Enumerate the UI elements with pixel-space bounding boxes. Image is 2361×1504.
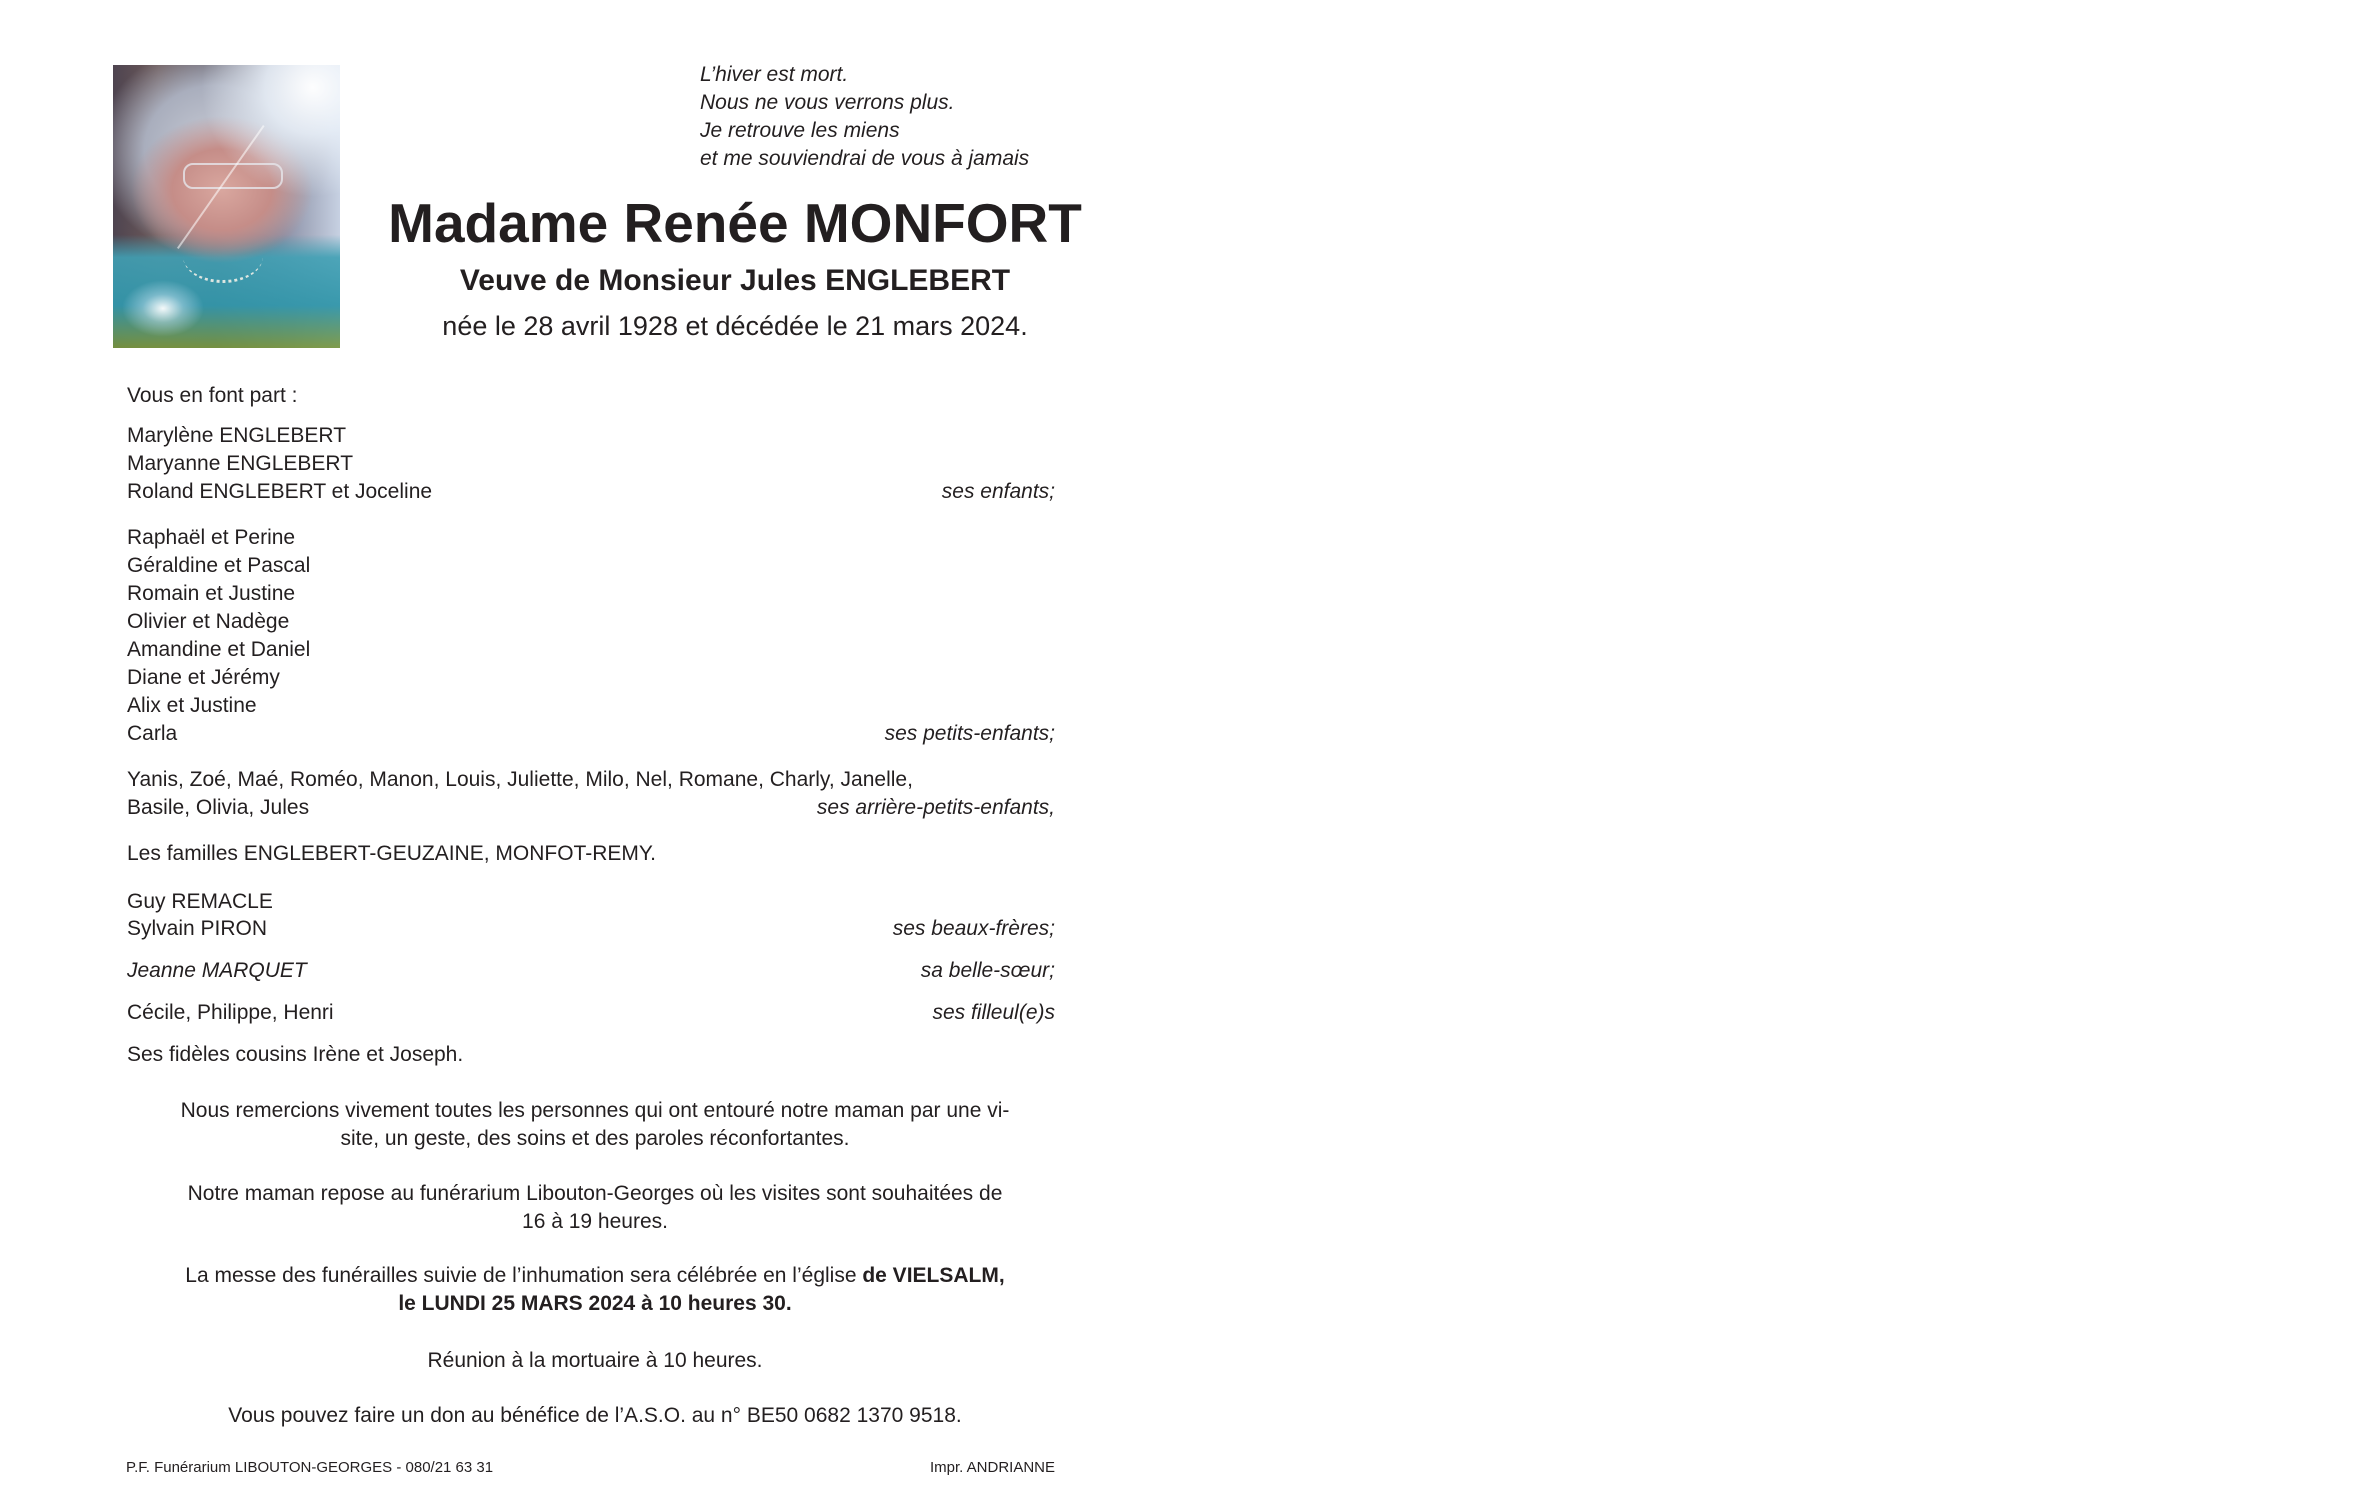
funeral-paragraph: La messe des funérailles suivie de l’inh… [110, 1262, 1080, 1318]
cousins-row: Ses fidèles cousins Irène et Joseph. [127, 1041, 1055, 1069]
poem-line: L’hiver est mort. [700, 61, 1029, 89]
godchildren-relation: ses filleul(e)s [932, 999, 1055, 1027]
brother-in-law-name: Sylvain PIRON [127, 915, 267, 943]
widow-of-subtitle: Veuve de Monsieur Jules ENGLEBERT [360, 264, 1110, 298]
photo-necklace-detail [183, 230, 263, 283]
grandchild-name: Olivier et Nadège [127, 608, 289, 636]
funeral-home-credit: P.F. Funérarium LIBOUTON-GEORGES - 080/2… [126, 1459, 493, 1477]
grandchildren-row: Amandine et Daniel [127, 636, 1055, 664]
meeting-paragraph: Réunion à la mortuaire à 10 heures. [110, 1347, 1080, 1375]
intro-text: Vous en font part : [127, 382, 297, 410]
visitation-paragraph: Notre maman repose au funérarium Libouto… [110, 1180, 1080, 1236]
great-grandchildren-names: Basile, Olivia, Jules [127, 794, 309, 822]
visitation-line: Notre maman repose au funérarium Libouto… [110, 1180, 1080, 1208]
deceased-name-title: Madame Renée MONFORT [360, 193, 1110, 253]
godchildren-row: Cécile, Philippe, Henri ses filleul(e)s [127, 999, 1055, 1027]
grandchild-name: Géraldine et Pascal [127, 552, 310, 580]
grandchild-name: Amandine et Daniel [127, 636, 310, 664]
grandchildren-row: Alix et Justine [127, 692, 1055, 720]
sister-in-law-row: Jeanne MARQUET sa belle-sœur; [127, 957, 1055, 985]
grandchild-name: Alix et Justine [127, 692, 257, 720]
children-row: Roland ENGLEBERT et Joceline ses enfants… [127, 478, 1055, 506]
families-row: Les familles ENGLEBERT-GEUZAINE, MONFOT-… [127, 840, 1055, 868]
godchildren-names: Cécile, Philippe, Henri [127, 999, 334, 1027]
meeting-text: Réunion à la mortuaire à 10 heures. [110, 1347, 1080, 1375]
funeral-line-2: le LUNDI 25 MARS 2024 à 10 heures 30. [110, 1290, 1080, 1318]
great-grandchildren-relation: ses arrière-petits-enfants, [817, 794, 1055, 822]
child-name: Roland ENGLEBERT et Joceline [127, 478, 432, 506]
funeral-text: La messe des funérailles suivie de l’inh… [185, 1264, 862, 1287]
donation-text: Vous pouvez faire un don au bénéfice de … [110, 1402, 1080, 1430]
grandchildren-row: Raphaël et Perine [127, 524, 1055, 552]
donation-paragraph: Vous pouvez faire un don au bénéfice de … [110, 1402, 1080, 1430]
thanks-line: site, un geste, des soins et des paroles… [110, 1125, 1080, 1153]
poem-line: et me souviendrai de vous à jamais [700, 145, 1029, 173]
families-text: Les familles ENGLEBERT-GEUZAINE, MONFOT-… [127, 840, 656, 868]
grandchildren-row: Carla ses petits-enfants; [127, 720, 1055, 748]
thanks-paragraph: Nous remercions vivement toutes les pers… [110, 1097, 1080, 1153]
sister-in-law-name: Jeanne MARQUET [127, 957, 307, 985]
portrait-photo [113, 65, 340, 348]
funeral-datetime: le LUNDI 25 MARS 2024 à 10 heures 30. [398, 1292, 791, 1315]
poem-line: Nous ne vous verrons plus. [700, 89, 1029, 117]
birth-death-dates: née le 28 avril 1928 et décédée le 21 ma… [360, 310, 1110, 342]
children-row: Marylène ENGLEBERT [127, 422, 1055, 450]
poem-line: Je retrouve les miens [700, 117, 1029, 145]
children-row: Maryanne ENGLEBERT [127, 450, 1055, 478]
grandchild-name: Romain et Justine [127, 580, 295, 608]
child-name: Maryanne ENGLEBERT [127, 450, 353, 478]
intro-line: Vous en font part : [127, 382, 1055, 410]
children-relation: ses enfants; [942, 478, 1055, 506]
great-grandchildren-row: Yanis, Zoé, Maé, Roméo, Manon, Louis, Ju… [127, 766, 1055, 794]
brothers-in-law-row: Sylvain PIRON ses beaux-frères; [127, 915, 1055, 943]
great-grandchildren-names: Yanis, Zoé, Maé, Roméo, Manon, Louis, Ju… [127, 766, 913, 794]
visitation-line: 16 à 19 heures. [110, 1208, 1080, 1236]
grandchild-name: Diane et Jérémy [127, 664, 280, 692]
cousins-text: Ses fidèles cousins Irène et Joseph. [127, 1041, 463, 1069]
brothers-in-law-row: Guy REMACLE [127, 888, 1055, 916]
grandchildren-relation: ses petits-enfants; [885, 720, 1055, 748]
sister-in-law-relation: sa belle-sœur; [921, 957, 1055, 985]
child-name: Marylène ENGLEBERT [127, 422, 346, 450]
funeral-church: de VIELSALM, [862, 1264, 1004, 1287]
brother-in-law-name: Guy REMACLE [127, 888, 273, 916]
grandchildren-row: Romain et Justine [127, 580, 1055, 608]
brothers-in-law-relation: ses beaux-frères; [893, 915, 1055, 943]
thanks-line: Nous remercions vivement toutes les pers… [110, 1097, 1080, 1125]
grandchildren-row: Géraldine et Pascal [127, 552, 1055, 580]
poem: L’hiver est mort. Nous ne vous verrons p… [700, 61, 1029, 173]
grandchild-name: Raphaël et Perine [127, 524, 295, 552]
grandchild-name: Carla [127, 720, 177, 748]
great-grandchildren-row: Basile, Olivia, Jules ses arrière-petits… [127, 794, 1055, 822]
funeral-line-1: La messe des funérailles suivie de l’inh… [110, 1262, 1080, 1290]
grandchildren-row: Olivier et Nadège [127, 608, 1055, 636]
printer-credit: Impr. ANDRIANNE [930, 1459, 1055, 1477]
grandchildren-row: Diane et Jérémy [127, 664, 1055, 692]
